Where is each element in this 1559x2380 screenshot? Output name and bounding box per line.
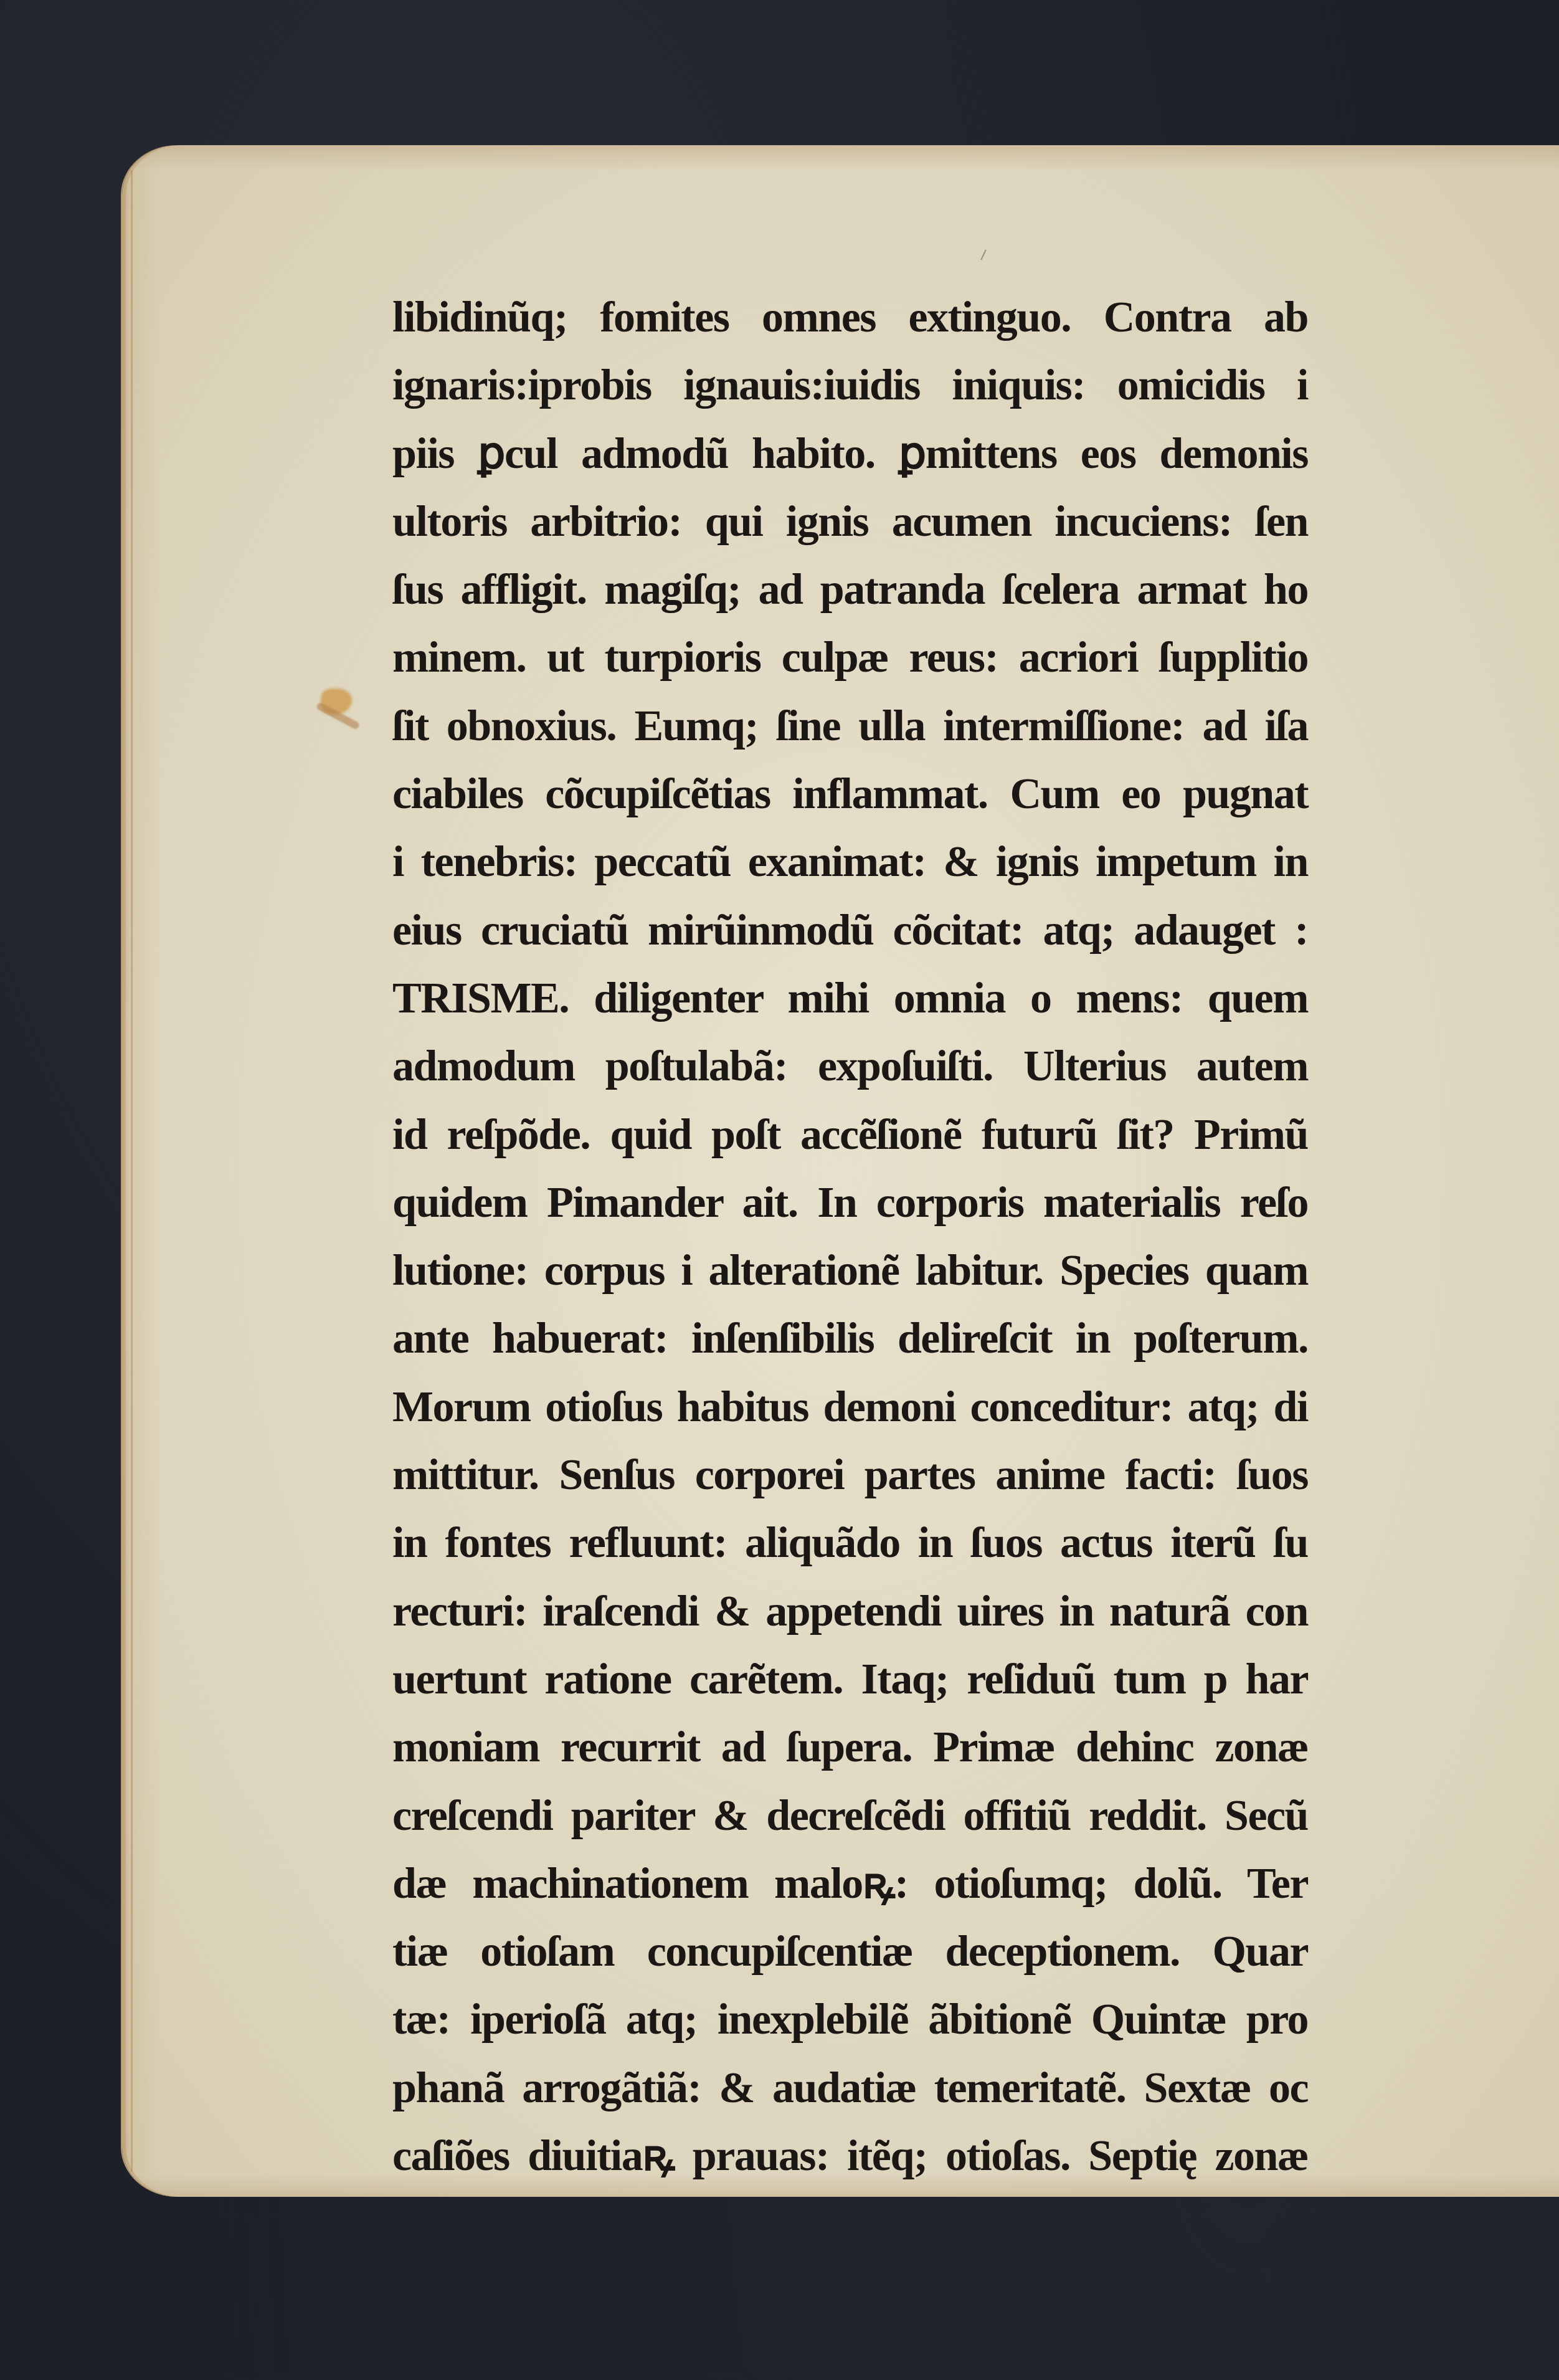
text-line: ciabiles cõcupiſcẽtias inflammat. Cum eo… — [392, 760, 1308, 828]
text-line: eius cruciatũ mirũinmodũ cõcitat: atq; a… — [392, 897, 1308, 964]
text-line: ſus affligit. magiſq; ad patranda ſceler… — [392, 556, 1308, 624]
printed-text-block: libidinũq; fomites omnes extinguo. Contr… — [392, 283, 1308, 2190]
text-line: id reſpõde. quid poſt accẽſionẽ futurũ ſ… — [392, 1101, 1308, 1169]
text-line: ignaris:iprobis ignauis:iuidis iniquis: … — [392, 351, 1308, 419]
text-line: admodum poſtulabã: expoſuiſti. Ulterius … — [392, 1032, 1308, 1100]
text-line: dæ machinationem maloꝶ: otioſumq; dolũ. … — [392, 1850, 1308, 1918]
text-line: ſit obnoxius. Eumq; ſine ulla intermiſſi… — [392, 692, 1308, 760]
page-edge-shadow — [131, 170, 133, 2172]
text-line: recturi: iraſcendi & appetendi uires in … — [392, 1578, 1308, 1645]
text-line: creſcendi pariter & decreſcẽdi offitiũ r… — [392, 1782, 1308, 1850]
text-line: quidem Pimander ait. In corporis materia… — [392, 1169, 1308, 1237]
text-line: tiæ otioſam concupiſcentiæ deceptionem. … — [392, 1918, 1308, 1986]
text-line: piis ꝑcul admodũ habito. ꝑmittens eos de… — [392, 420, 1308, 488]
text-line: uertunt ratione carẽtem. Itaq; reſiduũ t… — [392, 1645, 1308, 1713]
text-line: moniam recurrit ad ſupera. Primæ dehinc … — [392, 1713, 1308, 1781]
text-line: lutione: corpus i alterationẽ labitur. S… — [392, 1237, 1308, 1305]
text-line: libidinũq; fomites omnes extinguo. Contr… — [392, 283, 1308, 351]
text-line: phanã arrogãtiã: & audatiæ temeritatẽ. S… — [392, 2054, 1308, 2122]
text-line: i tenebris: peccatũ exanimat: & ignis im… — [392, 828, 1308, 896]
text-line: tæ: iperioſã atq; inexplebilẽ ãbitionẽ Q… — [392, 1986, 1308, 2054]
text-line: mittitur. Senſus corporei partes anime f… — [392, 1441, 1308, 1509]
text-line: Morum otioſus habitus demoni conceditur:… — [392, 1373, 1308, 1441]
text-line: in fontes refluunt: aliquãdo in ſuos act… — [392, 1509, 1308, 1577]
text-line: TRISME. diligenter mihi omnia o mens: qu… — [392, 964, 1308, 1032]
text-line: ante habuerat: inſenſibilis delireſcit i… — [392, 1305, 1308, 1373]
text-line: minem. ut turpioris culpæ reus: acriori … — [392, 624, 1308, 692]
text-line: caſiões diuitiaꝶ prauas: itẽq; otioſas. … — [392, 2122, 1308, 2190]
marginal-ink-stain-icon — [315, 688, 358, 726]
text-line: ultoris arbitrio: qui ignis acumen incuc… — [392, 488, 1308, 556]
